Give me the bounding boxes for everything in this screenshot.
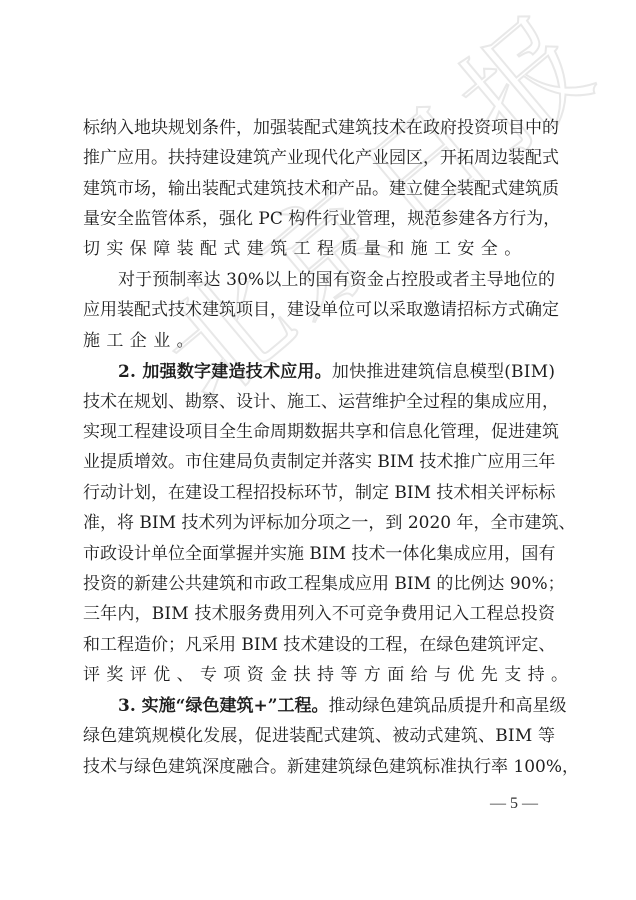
paragraph-3-line-2: 技术在规划、勘察、设计、施工、运营维护全过程的集成应用， [83, 391, 555, 413]
paragraph-2-line-1: 对于预制率达 30%以上的国有资金占控股或者主导地位的 [118, 269, 555, 291]
paragraph-3-line-6: 准，将 BIM 技术列为评标加分项之一，到 2020 年，全市建筑、 [83, 512, 555, 534]
paragraph-4-line-3: 技术与绿色建筑深度融合。新建建筑绿色建筑标准执行率 100%， [83, 756, 555, 778]
page-number: — 5 — [490, 795, 538, 813]
document-page: 标纳入地块规划条件，加强装配式建筑技术在政府投资项目中的 推广应用。扶持建设建筑… [0, 0, 636, 900]
paragraph-1-line-4: 量安全监管体系，强化 PC 构件行业管理，规范参建各方行为， [83, 208, 555, 230]
paragraph-3-line-3: 实现工程建设项目全生命周期数据共享和信息化管理，促进建筑 [83, 421, 555, 443]
paragraph-1-line-2: 推广应用。扶持建设建筑产业现代化产业园区，开拓周边装配式 [83, 147, 555, 169]
paragraph-1-line-1: 标纳入地块规划条件，加强装配式建筑技术在政府投资项目中的 [83, 117, 555, 139]
paragraph-1-line-3: 建筑市场，输出装配式建筑技术和产品。建立健全装配式建筑质 [83, 178, 555, 200]
paragraph-4-line-1-text: 推动绿色建筑品质提升和高星级 [328, 696, 566, 716]
paragraph-3-line-1: 2. 加强数字建造技术应用。加快推进建筑信息模型(BIM) [118, 361, 555, 383]
section-heading-2: 2. 加强数字建造技术应用。 [118, 362, 332, 382]
paragraph-3-line-11: 评奖评优、专项资金扶持等方面给与优先支持。 [83, 664, 555, 686]
paragraph-1-line-5: 切实保障装配式建筑工程质量和施工安全。 [83, 238, 555, 260]
paragraph-3-line-1-text: 加快推进建筑信息模型(BIM) [332, 362, 555, 382]
paragraph-2-line-3: 施工企业。 [83, 330, 555, 352]
paragraph-4-line-2: 绿色建筑规模化发展，促进装配式建筑、被动式建筑、BIM 等 [83, 725, 555, 747]
paragraph-3-line-8: 投资的新建公共建筑和市政工程集成应用 BIM 的比例达 90%； [83, 573, 555, 595]
paragraph-3-line-10: 和工程造价；凡采用 BIM 技术建设的工程，在绿色建筑评定、 [83, 634, 555, 656]
paragraph-3-line-9: 三年内，BIM 技术服务费用列入不可竞争费用记入工程总投资 [83, 603, 555, 625]
paragraph-3-line-5: 行动计划，在建设工程招投标环节，制定 BIM 技术相关评标标 [83, 482, 555, 504]
paragraph-3-line-7: 市政设计单位全面掌握并实施 BIM 技术一体化集成应用，国有 [83, 543, 555, 565]
paragraph-4-line-1: 3. 实施“绿色建筑+”工程。推动绿色建筑品质提升和高星级 [118, 695, 555, 717]
section-heading-3: 3. 实施“绿色建筑+”工程。 [118, 696, 328, 716]
paragraph-2-line-2: 应用装配式技术建筑项目，建设单位可以采取邀请招标方式确定 [83, 299, 555, 321]
paragraph-3-line-4: 业提质增效。市住建局负责制定并落实 BIM 技术推广应用三年 [83, 451, 555, 473]
